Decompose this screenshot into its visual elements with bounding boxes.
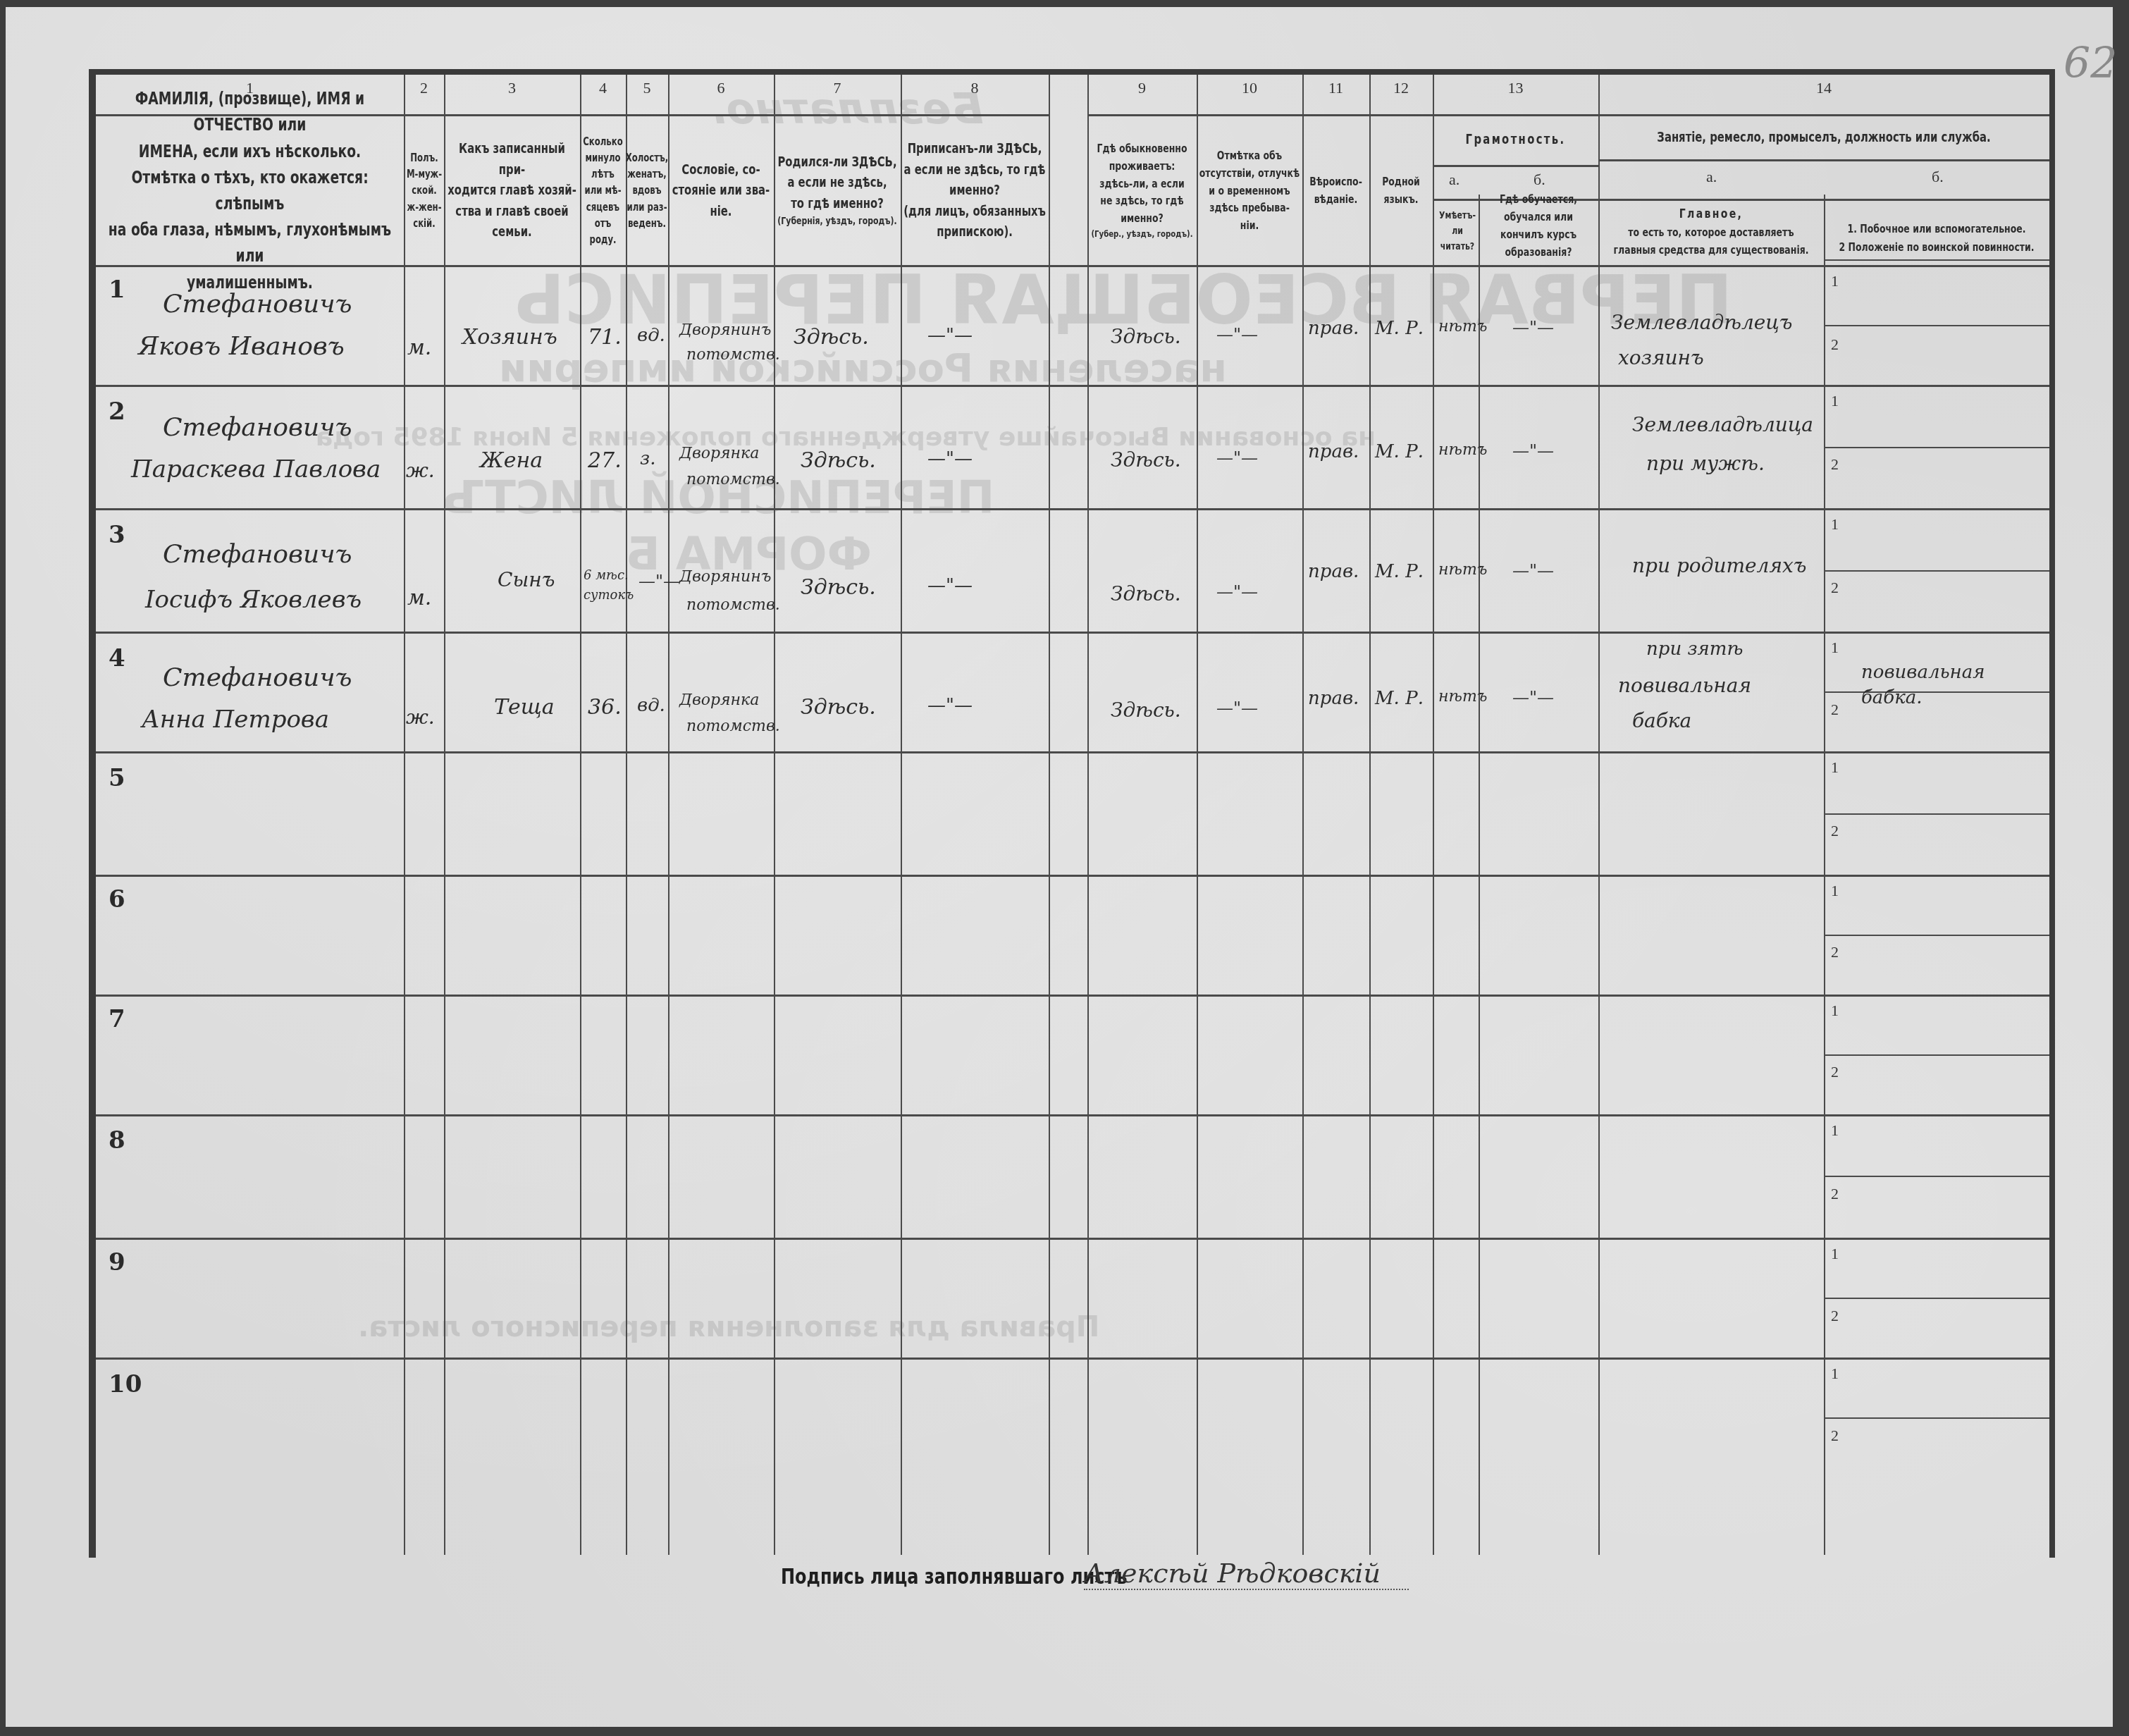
row4-registered: —"— <box>927 695 973 716</box>
header-col-13b-education: Гдѣ обучается,обучался иликончилъ курсъо… <box>1485 180 1591 272</box>
row-number-2: 2 <box>109 398 125 426</box>
row3-surname: Стефановичъ <box>163 540 352 569</box>
col14b-label-1: 1 <box>1831 1245 1839 1263</box>
row2-education: —"— <box>1512 441 1554 461</box>
col-number-9: 9 <box>1087 79 1197 97</box>
header-col-7-birthplace: Родился-ли ЗДѢСЬ,а если не здѣсь,то гдѣ … <box>773 117 902 265</box>
col14b-label-1: 1 <box>1831 1365 1839 1383</box>
header-col-1-name: ФАМИЛІЯ, (прозвище), ИМЯ и ОТЧЕСТВО илиИ… <box>108 117 392 265</box>
row4-literate: нѣтъ <box>1438 688 1487 706</box>
row-number-5: 5 <box>109 764 125 792</box>
row1-estate-1: Дворянинъ <box>679 321 771 339</box>
row3-name: Іосифъ Яковлевъ <box>145 586 362 614</box>
row4-education: —"— <box>1512 688 1554 708</box>
row3-language: М. Р. <box>1375 561 1424 582</box>
row4-age: 36. <box>588 695 622 720</box>
col-number-7: 7 <box>774 79 901 97</box>
header-col-14a-label: а. <box>1706 168 1717 186</box>
col-number-3: 3 <box>444 79 580 97</box>
row-number-6: 6 <box>109 885 125 913</box>
row3-education: —"— <box>1512 561 1554 581</box>
row-number-9: 9 <box>109 1248 125 1276</box>
row4-estate-1: Дворянка <box>679 691 759 709</box>
row1-absence: —"— <box>1216 325 1258 345</box>
row4-surname: Стефановичъ <box>163 663 352 692</box>
row4-occupation-side-1: повивальная бабка. <box>1861 660 2002 711</box>
col-number-13: 13 <box>1433 79 1598 97</box>
col-number-4: 4 <box>580 79 626 97</box>
row2-language: М. Р. <box>1375 441 1424 462</box>
row3-age-2: сутокъ <box>584 588 634 603</box>
row1-language: М. Р. <box>1375 318 1424 339</box>
row-number-8: 8 <box>109 1126 125 1155</box>
row4-religion: прав. <box>1308 688 1359 709</box>
row2-occupation-main-1: Землевладѣлица <box>1632 413 1813 436</box>
row3-occupation-main-1: при родителяхъ <box>1632 554 1806 577</box>
row4-name: Анна Петрова <box>142 706 329 734</box>
row3-religion: прав. <box>1308 561 1359 582</box>
header-col-11-religion: Вѣроиспо-вѣданіе. <box>1303 117 1369 265</box>
row1-estate-2: потомств. <box>686 346 780 364</box>
row4-marital: вд. <box>637 695 665 716</box>
row3-registered: —"— <box>927 575 973 596</box>
header-col-9-residence: Гдѣ обыкновеннопроживаетъ:здѣсь-ли, а ес… <box>1087 117 1197 265</box>
row4-occupation-main-3: бабка <box>1632 709 1691 732</box>
row4-born: Здѣсь. <box>801 695 876 720</box>
header-col-14a-main: Главное,то есть то, которое доставляетъг… <box>1600 199 1822 265</box>
col14b-label-1: 1 <box>1831 515 1839 534</box>
col14b-label-2: 2 <box>1831 335 1839 354</box>
census-sheet: ПЕРВАЯ ВСЕОБЩАЯ ПЕРЕПИСЬ населения Росси… <box>6 7 2113 1727</box>
col14b-label-1: 1 <box>1831 639 1839 657</box>
row2-absence: —"— <box>1216 448 1258 468</box>
row3-age-1: 6 мѣс. <box>584 568 629 583</box>
col-number-14: 14 <box>1598 79 2049 97</box>
col-number-6: 6 <box>668 79 774 97</box>
row2-estate-2: потомств. <box>686 471 780 488</box>
col14b-label-2: 2 <box>1831 1063 1839 1081</box>
row-number-4: 4 <box>109 644 125 672</box>
col14b-label-1: 1 <box>1831 1121 1839 1140</box>
header-col-10-absence: Отмѣтка объотсутствіи, отлучкѣи о времен… <box>1196 117 1302 265</box>
row1-name: Яковъ Ивановъ <box>138 332 345 361</box>
row2-age: 27. <box>588 448 622 473</box>
row1-relation: Хозяинъ <box>462 325 557 350</box>
row4-language: М. Р. <box>1375 688 1424 709</box>
row1-literate: нѣтъ <box>1438 318 1487 335</box>
col14b-label-1: 1 <box>1831 392 1839 410</box>
row3-estate-1: Дворянинъ <box>679 568 771 586</box>
row1-surname: Стефановичъ <box>163 290 352 319</box>
col14b-label-2: 2 <box>1831 822 1839 840</box>
header-col-14b-label: б. <box>1932 168 1944 186</box>
header-col-14b-military-text: 2 Положеніе по воинской повинности. <box>1831 231 2042 264</box>
row1-registered: —"— <box>927 325 973 346</box>
row4-occupation-main-2: повивальная <box>1618 674 1751 697</box>
row2-registered: —"— <box>927 448 973 469</box>
signature-label: Подпись лица заполнявшаго листъ <box>781 1565 1127 1589</box>
row3-sex: м. <box>407 586 431 610</box>
row1-born: Здѣсь. <box>794 325 869 350</box>
row2-sex: ж. <box>406 459 435 482</box>
row1-occupation-main-2: хозяинъ <box>1618 346 1704 369</box>
row1-education: —"— <box>1512 318 1554 338</box>
row1-marital: вд. <box>637 325 665 346</box>
row1-sex: м. <box>407 335 431 360</box>
row4-estate-2: потомств. <box>686 718 780 735</box>
row4-absence: —"— <box>1216 698 1258 718</box>
row4-occupation-main-1: при зятѣ <box>1646 639 1743 660</box>
col14b-label-1: 1 <box>1831 1002 1839 1020</box>
col14b-label-2: 2 <box>1831 455 1839 474</box>
header-col-14-occupation: Занятіе, ремесло, промыселъ, должность и… <box>1603 117 2044 159</box>
row2-occupation-main-2: при мужѣ. <box>1646 452 1765 475</box>
header-col-3-relation: Какъ записанный при-ходится главѣ хозяй-… <box>446 117 579 265</box>
row3-resides: Здѣсь. <box>1111 582 1181 605</box>
row3-absence: —"— <box>1216 582 1258 602</box>
row-number-1: 1 <box>109 276 125 304</box>
col14b-label-2: 2 <box>1831 1307 1839 1325</box>
row2-name: Параскева Павлова <box>131 455 381 484</box>
col14b-label-1: 1 <box>1831 882 1839 900</box>
row3-born: Здѣсь. <box>801 575 876 600</box>
row4-resides: Здѣсь. <box>1111 698 1181 722</box>
row2-resides: Здѣсь. <box>1111 448 1181 472</box>
row3-relation: Сынъ <box>498 568 555 591</box>
header-col-6-estate: Сословіе, со-стояніе или зва-ніе. <box>670 117 772 265</box>
row2-relation: Жена <box>480 448 543 473</box>
header-col-12-language: Роднойязыкъ. <box>1370 117 1433 265</box>
row-number-10: 10 <box>109 1370 142 1398</box>
col14b-label-2: 2 <box>1831 701 1839 719</box>
row2-marital: з. <box>640 448 655 469</box>
row-number-7: 7 <box>109 1005 125 1033</box>
col14b-label-2: 2 <box>1831 579 1839 597</box>
page-number: 62 <box>2063 39 2117 88</box>
row2-born: Здѣсь. <box>801 448 876 473</box>
row3-estate-2: потомств. <box>686 596 780 614</box>
signature-field[interactable]: Алексѣй Рѣдковскій <box>1084 1558 1409 1590</box>
header-col-2-sex: Полъ.М-муж-ской.ж-жен-скій. <box>405 117 444 265</box>
col-number-2: 2 <box>404 79 444 97</box>
header-col-13-literacy: Грамотность. <box>1451 117 1580 164</box>
header-col-5-marital: Холостъ,женатъ,вдовъили раз-веденъ. <box>627 117 667 265</box>
header-col-13a-label: а. <box>1449 171 1460 189</box>
row2-literate: нѣтъ <box>1438 441 1487 459</box>
row2-estate-1: Дворянка <box>679 445 759 462</box>
row1-resides: Здѣсь. <box>1111 325 1181 348</box>
col14b-label-2: 2 <box>1831 1427 1839 1445</box>
col14b-label-1: 1 <box>1831 272 1839 290</box>
header-col-4-age: Сколькоминулолѣтъили мѣ-сяцевъотъ роду. <box>581 117 625 265</box>
col-number-12: 12 <box>1369 79 1433 97</box>
row2-religion: прав. <box>1308 441 1359 462</box>
col-number-8: 8 <box>901 79 1049 97</box>
row-number-3: 3 <box>109 521 125 549</box>
col14b-label-1: 1 <box>1831 758 1839 777</box>
row2-surname: Стефановичъ <box>163 413 352 442</box>
row1-religion: прав. <box>1308 318 1359 339</box>
row1-occupation-main-1: Землевладѣлецъ <box>1611 311 1793 334</box>
header-col-8-registered: Приписанъ-ли ЗДѢСЬ,а если не здѣсь, то г… <box>899 117 1050 265</box>
col-number-5: 5 <box>626 79 668 97</box>
census-table: 1 2 3 4 5 6 7 8 9 10 11 12 13 14 ФАМИЛІЯ… <box>89 69 2055 1558</box>
row3-literate: нѣтъ <box>1438 561 1487 579</box>
row4-relation: Теща <box>494 695 555 720</box>
row4-sex: ж. <box>406 706 435 729</box>
col-number-10: 10 <box>1197 79 1302 97</box>
row3-marital: —"— <box>638 572 680 591</box>
col14b-label-2: 2 <box>1831 943 1839 961</box>
col14b-label-2: 2 <box>1831 1185 1839 1203</box>
row1-age: 71. <box>588 325 622 350</box>
col-number-11: 11 <box>1302 79 1369 97</box>
header-col-13a-can-read: Умѣетъ-личитать? <box>1436 199 1479 265</box>
